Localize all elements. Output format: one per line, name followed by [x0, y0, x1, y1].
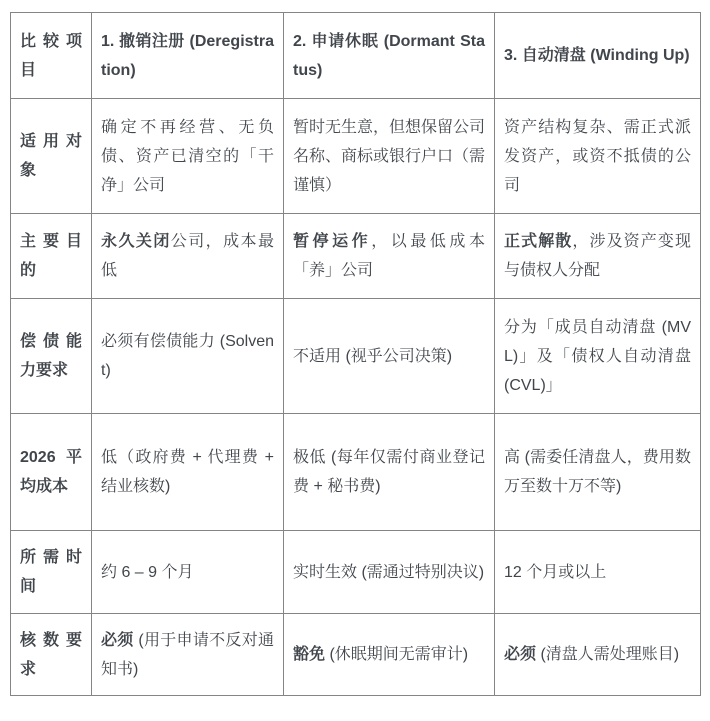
row-label-applicable-target: 适用对象	[11, 99, 92, 214]
header-cell-deregistration: 1. 撤销注册 (Deregistration)	[92, 13, 284, 99]
cell-text: 约 6 – 9 个月	[101, 564, 193, 581]
table-row-2026-average-cost: 2026 平均成本 低（政府费 + 代理费 + 结业核数) 极低 (每年仅需付商…	[11, 414, 701, 531]
cell-applicable-target-winding-up: 资产结构复杂、需正式派发资产，或资不抵债的公司	[495, 99, 701, 214]
cell-audit-deregistration: 必须 (用于申请不反对通知书)	[92, 614, 284, 696]
cell-bold-text: 永久关闭	[101, 233, 171, 250]
cell-text: 不适用 (视乎公司决策)	[293, 348, 452, 365]
table-row-applicable-target: 适用对象 确定不再经营、无负债、资产已清空的「干净」公司 暂时无生意，但想保留公…	[11, 99, 701, 214]
cell-bold-text: 豁免	[293, 646, 325, 663]
cell-text: 分为「成员自动清盘 (MVL)」及「债权人自动清盘 (CVL)」	[504, 319, 691, 394]
cell-text: 低（政府费 + 代理费 + 结业核数)	[101, 449, 274, 495]
header-cell-compare-item: 比较项目	[11, 13, 92, 99]
cell-bold-text: 必须	[504, 646, 536, 663]
row-label-audit-requirement: 核数要求	[11, 614, 92, 696]
table-row-main-purpose: 主要目的 永久关闭公司，成本最低 暂停运作，以最低成本「养」公司 正式解散，涉及…	[11, 214, 701, 299]
cell-text: 暂时无生意，但想保留公司名称、商标或银行户口（需谨慎）	[293, 119, 485, 194]
cell-text: 高 (需委任清盘人，费用数万至数十万不等)	[504, 449, 691, 495]
cell-cost-dormant: 极低 (每年仅需付商业登记费 + 秘书费)	[284, 414, 495, 531]
cell-time-deregistration: 约 6 – 9 个月	[92, 531, 284, 614]
cell-cost-winding-up: 高 (需委任清盘人，费用数万至数十万不等)	[495, 414, 701, 531]
cell-bold-text: 必须	[101, 632, 134, 649]
cell-audit-dormant: 豁免 (休眠期间无需审计)	[284, 614, 495, 696]
row-label-time-required: 所需时间	[11, 531, 92, 614]
cell-main-purpose-winding-up: 正式解散，涉及资产变现与债权人分配	[495, 214, 701, 299]
cell-text: 资产结构复杂、需正式派发资产，或资不抵债的公司	[504, 119, 691, 194]
cell-solvency-winding-up: 分为「成员自动清盘 (MVL)」及「债权人自动清盘 (CVL)」	[495, 299, 701, 414]
cell-text: 极低 (每年仅需付商业登记费 + 秘书费)	[293, 449, 485, 495]
cell-main-purpose-dormant: 暂停运作，以最低成本「养」公司	[284, 214, 495, 299]
row-label-main-purpose: 主要目的	[11, 214, 92, 299]
cell-applicable-target-dormant: 暂时无生意，但想保留公司名称、商标或银行户口（需谨慎）	[284, 99, 495, 214]
cell-bold-text: 正式解散	[504, 233, 572, 250]
cell-main-purpose-deregistration: 永久关闭公司，成本最低	[92, 214, 284, 299]
cell-solvency-deregistration: 必须有偿债能力 (Solvent)	[92, 299, 284, 414]
cell-time-winding-up: 12 个月或以上	[495, 531, 701, 614]
header-cell-dormant-status: 2. 申请休眠 (Dormant Status)	[284, 13, 495, 99]
table-row-time-required: 所需时间 约 6 – 9 个月 实时生效 (需通过特别决议) 12 个月或以上	[11, 531, 701, 614]
cell-text: 必须有偿债能力 (Solvent)	[101, 333, 274, 379]
cell-applicable-target-deregistration: 确定不再经营、无负债、资产已清空的「干净」公司	[92, 99, 284, 214]
cell-solvency-dormant: 不适用 (视乎公司决策)	[284, 299, 495, 414]
company-closure-comparison-table: 比较项目 1. 撤销注册 (Deregistration) 2. 申请休眠 (D…	[10, 12, 701, 696]
cell-cost-deregistration: 低（政府费 + 代理费 + 结业核数)	[92, 414, 284, 531]
cell-text: (清盘人需处理账目)	[536, 646, 679, 663]
table-header-row: 比较项目 1. 撤销注册 (Deregistration) 2. 申请休眠 (D…	[11, 13, 701, 99]
table-row-solvency-requirement: 偿债能力要求 必须有偿债能力 (Solvent) 不适用 (视乎公司决策) 分为…	[11, 299, 701, 414]
cell-text: (休眠期间无需审计)	[325, 646, 468, 663]
cell-text: 12 个月或以上	[504, 564, 606, 581]
table-row-audit-requirement: 核数要求 必须 (用于申请不反对通知书) 豁免 (休眠期间无需审计) 必须 (清…	[11, 614, 701, 696]
row-label-solvency-requirement: 偿债能力要求	[11, 299, 92, 414]
cell-time-dormant: 实时生效 (需通过特别决议)	[284, 531, 495, 614]
row-label-2026-average-cost: 2026 平均成本	[11, 414, 92, 531]
cell-audit-winding-up: 必须 (清盘人需处理账目)	[495, 614, 701, 696]
cell-text: 确定不再经营、无负债、资产已清空的「干净」公司	[101, 119, 274, 194]
header-cell-winding-up: 3. 自动清盘 (Winding Up)	[495, 13, 701, 99]
cell-bold-text: 暂停运作	[293, 233, 371, 250]
cell-text: 实时生效 (需通过特别决议)	[293, 564, 484, 581]
